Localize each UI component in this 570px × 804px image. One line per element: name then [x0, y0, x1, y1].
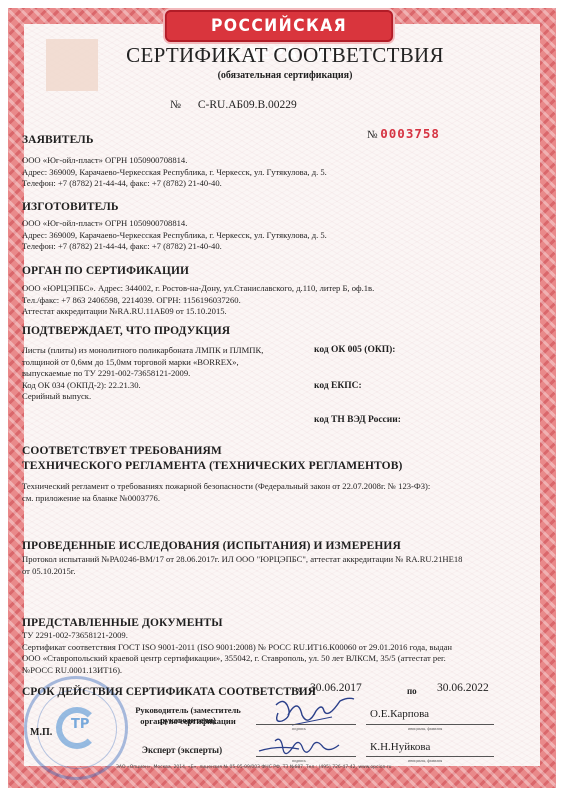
manufacturer-details: ООО «Юг-ойл-пласт» ОГРН 1050900708814. А… [22, 218, 548, 253]
blank-number-sign: № [367, 129, 378, 141]
documents-details: ТУ 2291-002-73658121-2009. Сертификат со… [22, 630, 548, 676]
certification-body-details: ООО «ЮРЦЭПБС». Адрес: 344002, г. Ростов-… [22, 283, 548, 318]
certificate-subtitle: (обязательная сертификация) [0, 70, 570, 81]
expert-sign-caption: подпись [292, 758, 306, 763]
certificate-number-value: C-RU.АБ09.В.00229 [198, 99, 297, 111]
expert-name: К.Н.Нуйкова [370, 741, 430, 753]
tests-line: Протокол испытаний №РА0246-ВМ/17 от 28.0… [22, 554, 548, 566]
compliance-line: см. приложение на бланке №0003776. [22, 493, 548, 505]
validity-from-date: 30.06.2017 [310, 682, 362, 694]
certification-body-heading: ОРГАН ПО СЕРТИФИКАЦИИ [22, 265, 548, 277]
compliance-section: СООТВЕТСТВУЕТ ТРЕБОВАНИЯМ ТЕХНИЧЕСКОГО Р… [22, 445, 548, 504]
stamp-logo-letters: ТР [71, 717, 89, 732]
expert-name-line [366, 756, 494, 757]
blank-number-value: 0003758 [380, 126, 440, 141]
compliance-heading-2: ТЕХНИЧЕСКОГО РЕГЛАМЕНТА (ТЕХНИЧЕСКИХ РЕГ… [22, 460, 548, 472]
compliance-line: Технический регламент о требованиях пожа… [22, 481, 548, 493]
certification-body-line: Тел./факс: +7 863 2406598, 2214039. ОГРН… [22, 295, 548, 307]
product-heading: ПОДТВЕРЖДАЕТ, ЧТО ПРОДУКЦИЯ [22, 325, 312, 337]
documents-line: №РОСС RU.0001.13ИТ16). [22, 665, 548, 677]
blank-number: № 0003758 [367, 126, 440, 141]
head-name-line [366, 724, 494, 725]
head-label-2: органа по сертификации [108, 716, 268, 726]
expert-name-caption: инициалы, фамилия [408, 758, 442, 763]
documents-line: ООО «Ставропольский краевой центр сертиф… [22, 653, 548, 665]
product-section: ПОДТВЕРЖДАЕТ, ЧТО ПРОДУКЦИЯ Листы (плиты… [22, 325, 312, 403]
expert-sign-line [256, 756, 356, 757]
manufacturer-heading: ИЗГОТОВИТЕЛЬ [22, 201, 548, 213]
certification-body-line: Аттестат аккредитации №RA.RU.11АБ09 от 1… [22, 306, 548, 318]
expert-label: Эксперт (эксперты) [112, 745, 252, 755]
number-sign: № [170, 99, 181, 111]
product-details: Листы (плиты) из монолитного поликарбона… [22, 345, 312, 403]
product-line: Код ОК 034 (ОКПД-2): 22.21.30. [22, 380, 312, 392]
code-tnved: код ТН ВЭД России: [314, 415, 401, 425]
applicant-details: ООО «Юг-ойл-пласт» ОГРН 1050900708814. А… [22, 155, 548, 190]
applicant-section: ЗАЯВИТЕЛЬ ООО «Юг-ойл-пласт» ОГРН 105090… [22, 134, 548, 190]
documents-section: ПРЕДСТАВЛЕННЫЕ ДОКУМЕНТЫ ТУ 2291-002-736… [22, 617, 548, 676]
head-sign-caption: подпись [292, 726, 306, 731]
product-line: выпускаемые по ТУ 2291-002-73658121-2009… [22, 368, 312, 380]
applicant-heading: ЗАЯВИТЕЛЬ [22, 134, 548, 146]
validity-to-date: 30.06.2022 [437, 682, 489, 694]
tests-line: от 05.10.2015г. [22, 566, 548, 578]
tests-section: ПРОВЕДЕННЫЕ ИССЛЕДОВАНИЯ (ИСПЫТАНИЯ) И И… [22, 540, 548, 577]
applicant-line: ООО «Юг-ойл-пласт» ОГРН 1050900708814. [22, 155, 548, 167]
code-ekps: код ЕКПС: [314, 381, 362, 391]
documents-line: ТУ 2291-002-73658121-2009. [22, 630, 548, 642]
validity-from-label: с [298, 684, 302, 694]
manufacturer-line: Телефон: +7 (8782) 21-44-44, факс: +7 (8… [22, 241, 548, 253]
head-name: О.Е.Карпова [370, 708, 429, 720]
printer-imprint: ЗАО «Опцион», Москва, 2014, «Б», лицензи… [116, 765, 392, 770]
applicant-line: Телефон: +7 (8782) 21-44-44, факс: +7 (8… [22, 178, 548, 190]
compliance-details: Технический регламент о требованиях пожа… [22, 481, 548, 504]
head-name-caption: инициалы, фамилия [408, 726, 442, 731]
manufacturer-line: Адрес: 369009, Карачаево-Черкесская Респ… [22, 230, 548, 242]
documents-line: Сертификат соответствия ГОСТ ISO 9001-20… [22, 642, 548, 654]
tests-heading: ПРОВЕДЕННЫЕ ИССЛЕДОВАНИЯ (ИСПЫТАНИЯ) И И… [22, 540, 548, 552]
tests-details: Протокол испытаний №РА0246-ВМ/17 от 28.0… [22, 554, 548, 577]
compliance-heading-1: СООТВЕТСТВУЕТ ТРЕБОВАНИЯМ [22, 445, 548, 457]
manufacturer-line: ООО «Юг-ойл-пласт» ОГРН 1050900708814. [22, 218, 548, 230]
product-line: толщиной от 0,6мм до 15,0мм торговой мар… [22, 357, 312, 369]
certification-body-section: ОРГАН ПО СЕРТИФИКАЦИИ ООО «ЮРЦЭПБС». Адр… [22, 265, 548, 318]
seal-place-label: М.П. [30, 727, 52, 738]
product-line: Листы (плиты) из монолитного поликарбона… [22, 345, 312, 357]
manufacturer-section: ИЗГОТОВИТЕЛЬ ООО «Юг-ойл-пласт» ОГРН 105… [22, 201, 548, 253]
validity-to-label: по [407, 686, 417, 696]
country-banner: РОССИЙСКАЯ ФЕДЕРАЦИЯ [165, 10, 393, 42]
head-sign-line [256, 724, 356, 725]
documents-heading: ПРЕДСТАВЛЕННЫЕ ДОКУМЕНТЫ [22, 617, 548, 629]
product-line: Серийный выпуск. [22, 391, 312, 403]
applicant-line: Адрес: 369009, Карачаево-Черкесская Респ… [22, 167, 548, 179]
certification-body-line: ООО «ЮРЦЭПБС». Адрес: 344002, г. Ростов-… [22, 283, 548, 295]
head-signature [262, 695, 367, 735]
certificate-number: № C-RU.АБ09.В.00229 [170, 99, 297, 111]
certificate-title: СЕРТИФИКАТ СООТВЕТСТВИЯ [0, 43, 570, 68]
code-okp: код ОК 005 (ОКП): [314, 345, 395, 355]
